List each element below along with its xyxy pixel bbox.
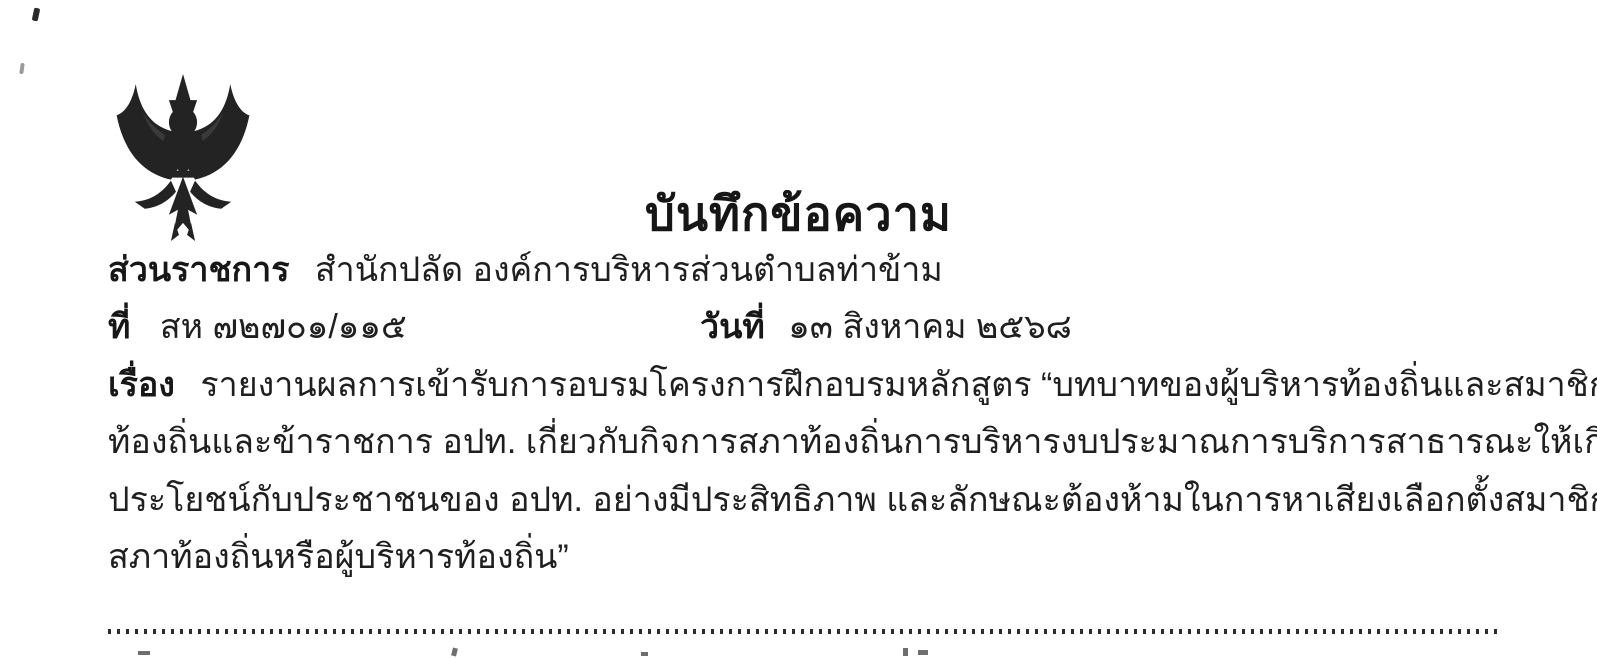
subject-label: เรื่อง: [108, 366, 175, 404]
subject-line-3: ประโยชน์กับประชาชนของ อปท. อย่างมีประสิท…: [108, 476, 1537, 525]
cutoff-text-fragment: [641, 652, 648, 656]
subject-line-2: ท้องถิ่นและข้าราชการ อปท. เกี่ยวกับกิจกา…: [108, 418, 1537, 467]
subject-line-4: สภาท้องถิ่นหรือผู้บริหารท้องถิ่น”: [108, 533, 1537, 582]
agency-label: ส่วนราชการ: [108, 251, 289, 289]
cutoff-text-fragment: [918, 650, 928, 655]
date-label: วันที่: [700, 308, 765, 346]
doc-number-value: สห ๗๒๗๐๑/๑๑๕: [160, 308, 407, 346]
number-date-row: ที่ สห ๗๒๗๐๑/๑๑๕ วันที่ ๑๓ สิงหาคม ๒๕๖๘: [108, 303, 1537, 352]
memo-page: บันทึกข้อความ ส่วนราชการ สำนักปลัด องค์ก…: [0, 0, 1597, 658]
agency-row: ส่วนราชการ สำนักปลัด องค์การบริหารส่วนตำ…: [108, 246, 1537, 295]
cutoff-text-fragment: [451, 648, 458, 657]
date-value: ๑๓ สิงหาคม ๒๕๖๘: [788, 308, 1072, 346]
scan-speck: [32, 8, 41, 22]
scan-speck: [19, 63, 24, 74]
subject-row: เรื่อง รายงานผลการเข้ารับการอบรมโครงการฝ…: [108, 361, 1537, 410]
dotted-separator: [108, 629, 1500, 634]
date-group: วันที่ ๑๓ สิงหาคม ๒๕๖๘: [700, 303, 1072, 352]
agency-value: สำนักปลัด องค์การบริหารส่วนตำบลท่าข้าม: [315, 251, 943, 289]
doc-number-label: ที่: [108, 308, 130, 346]
cutoff-text-fragment: [903, 648, 908, 656]
memo-title: บันทึกข้อความ: [0, 176, 1597, 251]
subject-line-1: รายงานผลการเข้ารับการอบรมโครงการฝึกอบรมห…: [200, 366, 1597, 404]
cutoff-text-fragment: [138, 651, 150, 655]
